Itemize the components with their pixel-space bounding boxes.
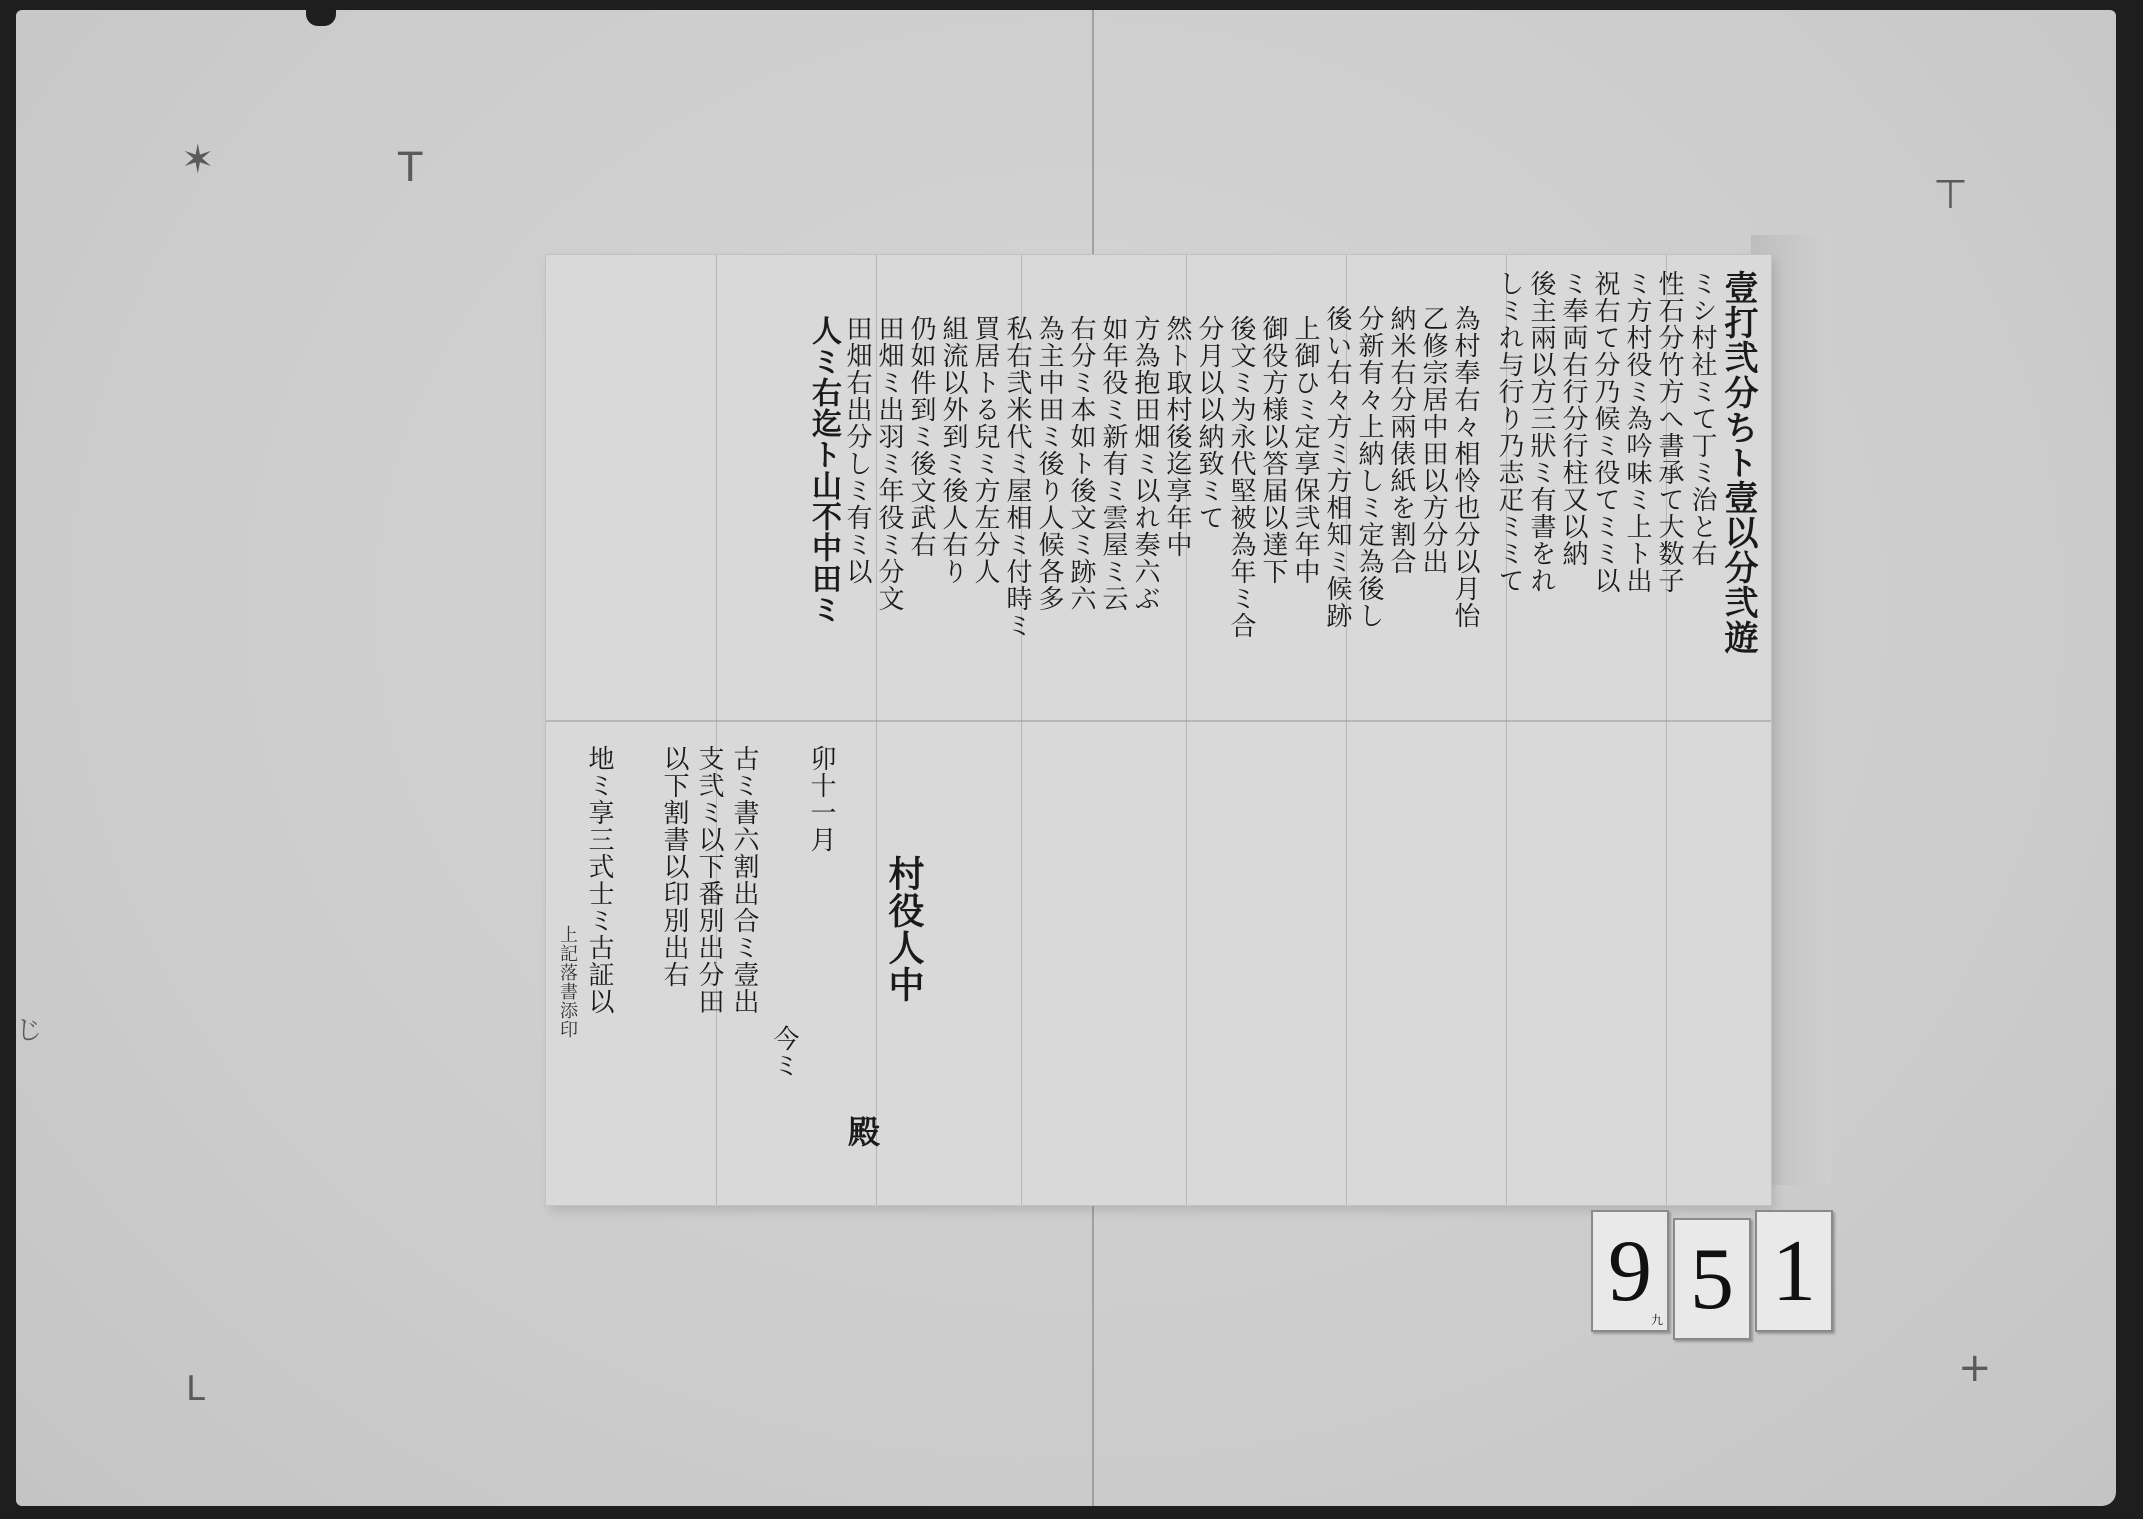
text-column: 私右弐米代ミ屋相ミ付時ミ <box>1004 315 1030 639</box>
text-column: 祝右て分乃候ミ役てミミ以 <box>1592 270 1618 594</box>
text-column: 納米右分兩俵紙を割合 <box>1388 305 1414 575</box>
catalog-number-cards: 9 九 5 1 <box>1591 1210 1833 1340</box>
suffix-text: 今ミ <box>771 1025 797 1079</box>
text-column: 如年役ミ新有ミ雲屋ミ云 <box>1100 315 1126 612</box>
text-column: 田畑ミ出羽ミ年役ミ分文 <box>876 315 902 612</box>
digit: 1 <box>1772 1221 1816 1322</box>
annotation-column: 上記落書添印 <box>558 925 576 1039</box>
text-column: 分新有々上納しミ定為後し <box>1356 305 1382 629</box>
horizontal-fold-line <box>546 720 1771 722</box>
signature-column: 支弐ミ以下番別出分田 <box>696 745 722 1015</box>
sheet-notch <box>306 10 336 26</box>
text-column: 後主兩以方三狀ミ有書をれ <box>1528 270 1554 594</box>
signature-column: 以下割書以印別出右 <box>661 745 687 988</box>
text-column: 人ミ右迄ト山不中田ミ <box>808 315 838 625</box>
catalog-card-digit: 5 <box>1673 1218 1751 1340</box>
text-column: ミ奉両右行分行柱又以納 <box>1560 270 1586 567</box>
digit: 9 <box>1608 1221 1652 1322</box>
fold-line <box>716 255 717 1205</box>
registration-mark-icon: ⊤ <box>1933 175 1968 215</box>
registration-mark-icon: L <box>186 1372 205 1406</box>
text-column: 後い右々方ミ方相知ミ候跡 <box>1324 305 1350 629</box>
edge-mark-icon: じ <box>16 1018 42 1044</box>
text-column: 上御ひミ定享保弐年中 <box>1292 315 1318 585</box>
addressee: 村役人中 <box>886 855 922 1003</box>
scan-sheet: ✶ T ⊤ L + じ 壹打弐分ちト壹以分弐遊 ミシ村社ミて丁ミ治と右 性石分竹… <box>16 10 2116 1506</box>
text-column: ミ方村役ミ為吟味ミ上ト出 <box>1624 270 1650 594</box>
registration-mark-icon: T <box>398 148 422 188</box>
catalog-card-digit: 1 <box>1755 1210 1833 1332</box>
registration-mark-icon: + <box>1958 1348 1992 1388</box>
text-column: 買居トる兒ミ方左分人 <box>972 315 998 585</box>
date-column: 卯十一月 <box>808 745 834 853</box>
catalog-card-digit: 9 九 <box>1591 1210 1669 1332</box>
text-column: しミれ与行り乃志疋ミミて <box>1496 270 1522 594</box>
text-column: ミシ村社ミて丁ミ治と右 <box>1689 270 1715 567</box>
text-column: 性石分竹方へ書承て大数子 <box>1656 270 1682 594</box>
text-column: 為主中田ミ後り人候各多 <box>1036 315 1062 612</box>
signature-column: 古ミ書六割出合ミ壹出 <box>731 745 757 1015</box>
signature-column: 地ミ享三式士ミ古証以 <box>586 745 612 1015</box>
text-column: 組流以外到ミ後人右り <box>940 315 966 585</box>
text-column: 後文ミ为永代堅被為年ミ合 <box>1228 315 1254 639</box>
text-column: 為村奉右々相怜也分以月怡 <box>1452 305 1478 629</box>
handwritten-document: 壹打弐分ちト壹以分弐遊 ミシ村社ミて丁ミ治と右 性石分竹方へ書承て大数子 ミ方村… <box>546 255 1771 1205</box>
text-column: 右分ミ本如ト後文ミ跡六 <box>1068 315 1094 612</box>
text-column: 田畑右出分しミ有ミ以 <box>844 315 870 585</box>
text-column: 仍如件到ミ後文武右 <box>908 315 934 558</box>
text-column: 御役方様以答届以達下 <box>1260 315 1286 585</box>
card-sub-mark: 九 <box>1651 1311 1663 1328</box>
addressee-suffix: 殿 <box>846 1115 878 1148</box>
digit: 5 <box>1690 1229 1734 1330</box>
text-column: 乙修宗居中田以方分出 <box>1420 305 1446 575</box>
text-column: 然ト取村後迄享年中 <box>1164 315 1190 558</box>
registration-mark-icon: ✶ <box>181 140 215 180</box>
text-column: 壹打弐分ちト壹以分弐遊 <box>1721 270 1755 655</box>
text-column: 分月以以納致ミて <box>1196 315 1222 531</box>
text-column: 方為抱田畑ミ以れ奏六ぶ <box>1132 315 1158 612</box>
